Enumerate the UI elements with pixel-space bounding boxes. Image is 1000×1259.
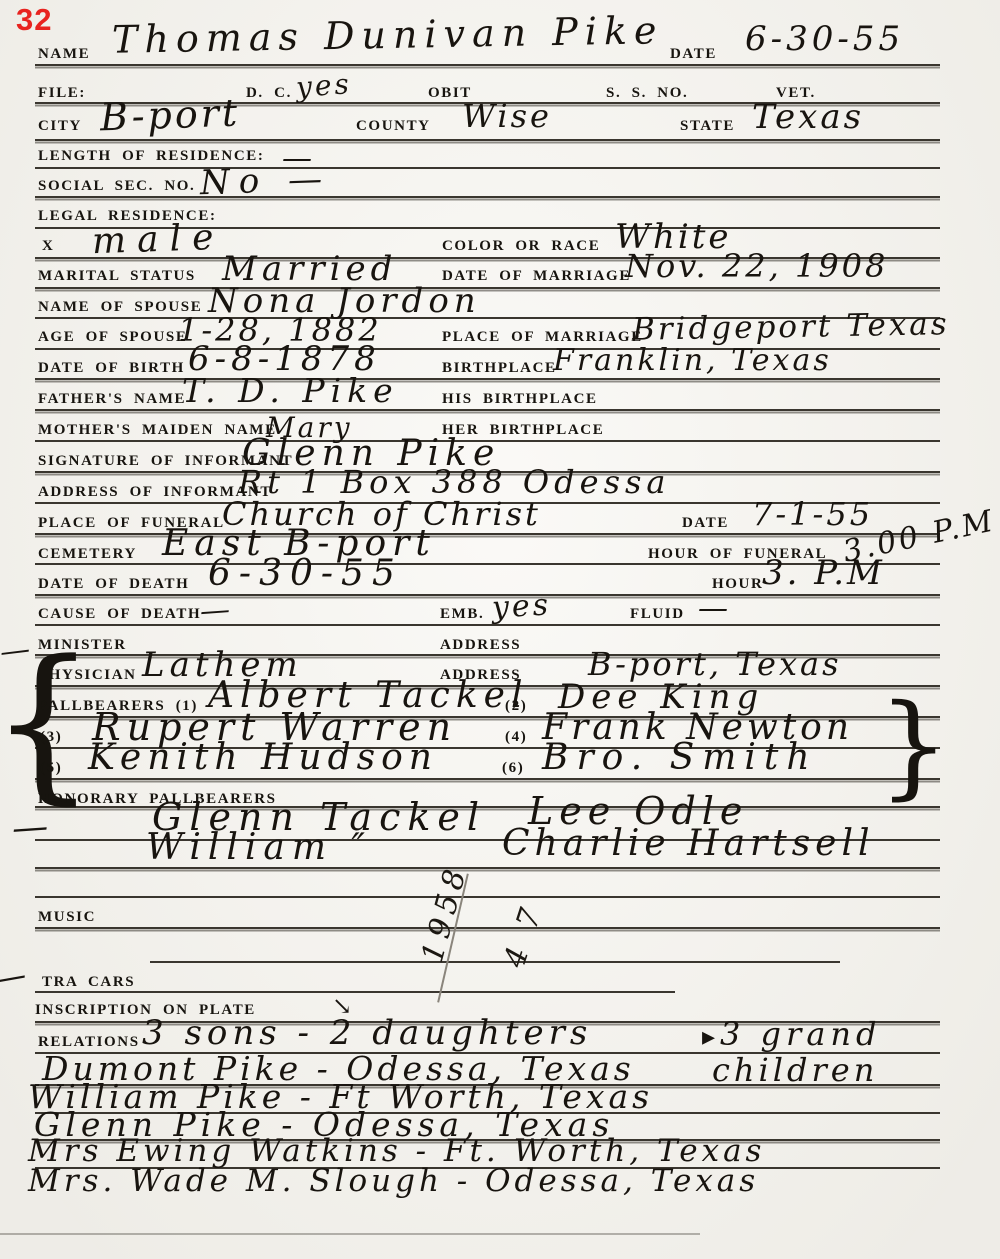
sex-value: male: [91, 220, 225, 261]
left-brace-mark: {: [0, 638, 97, 806]
dc-value: yes: [295, 70, 353, 102]
hour-value: 3. P.M: [762, 556, 885, 590]
birthplace-label: BIRTHPLACE: [442, 360, 557, 377]
honorary-row2-right-value: Charlie Hartsell: [502, 826, 875, 862]
date-of-death-label: DATE OF DEATH: [38, 576, 189, 593]
rule-line: [35, 196, 940, 198]
rule-line: [35, 778, 940, 780]
mothers-maiden-name-label: MOTHER'S MAIDEN NAME: [38, 422, 277, 439]
emb-label: EMB.: [440, 606, 484, 623]
city-label: CITY: [38, 118, 82, 135]
date-of-birth-label: DATE OF BIRTH: [38, 360, 185, 377]
rule-line: [35, 896, 940, 898]
rule-line: [35, 64, 940, 66]
city-value: B-port: [99, 94, 240, 137]
rule-line: [35, 624, 940, 626]
age-of-spouse-label: AGE OF SPOUSE: [38, 329, 187, 346]
date-of-marriage-value: Nov. 22, 1908: [625, 250, 888, 282]
date-value: 6-30-55: [745, 22, 904, 56]
music-label: MUSIC: [38, 909, 96, 926]
extra-cars-label: TRA CARS: [42, 974, 135, 991]
funeral-date-value: 7-1-55: [752, 498, 873, 530]
name-label: NAME: [38, 46, 90, 63]
grand-children-line2: children: [712, 1054, 878, 1086]
page-number: 32: [16, 2, 52, 38]
address-of-informant-value: Rt 1 Box 388 Odessa: [238, 466, 670, 498]
rule-line: [35, 287, 940, 289]
state-value: Texas: [752, 100, 864, 134]
minister-address-label: ADDRESS: [440, 637, 521, 654]
honorary-dash-mark: —: [11, 809, 52, 848]
ssn-label: S. S. NO.: [606, 85, 688, 102]
rule-line: [35, 409, 940, 411]
physician-address-value: B-port, Texas: [588, 648, 842, 680]
fluid-label: FLUID: [630, 606, 685, 623]
honorary-row2-left-value: William ″: [146, 830, 372, 866]
fathers-name-value: T. D. Pike: [182, 374, 399, 407]
dc-label: D. C.: [246, 85, 292, 102]
pallbearer-6-value: Bro. Smith: [542, 740, 818, 776]
cause-of-death-label: CAUSE OF DEATH: [38, 606, 201, 623]
county-label: COUNTY: [356, 118, 431, 135]
relation-line: Mrs. Wade M. Slough - Odessa, Texas: [28, 1166, 759, 1197]
grand-children-line1: 3 grand: [720, 1018, 881, 1050]
rule-line: [0, 1233, 700, 1235]
scribble-numbers-left: 1958: [418, 861, 473, 966]
marital-status-label: MARITAL STATUS: [38, 268, 196, 285]
pallbearer-4-number: (4): [505, 729, 527, 746]
date-of-death-value: 6-30-55: [208, 556, 403, 592]
date-label: DATE: [670, 46, 717, 63]
emb-value: yes: [491, 590, 552, 623]
birthplace-value: Franklin, Texas: [553, 346, 832, 376]
funeral-date-label: DATE: [682, 515, 729, 532]
right-brace-mark: }: [878, 690, 949, 802]
grand-children-arrow-mark: ▸: [702, 1024, 718, 1050]
state-label: STATE: [680, 118, 735, 135]
sex-label: X: [42, 238, 54, 255]
rule-line: [35, 139, 940, 141]
rule-line: [35, 991, 675, 993]
social-sec-no-value: No —: [199, 162, 331, 201]
fathers-name-label: FATHER'S NAME: [38, 391, 186, 408]
county-value: Wise: [462, 100, 552, 132]
rule-line: [35, 378, 940, 380]
cemetery-label: CEMETERY: [38, 546, 137, 563]
funeral-record-form: 32 NAME Thomas Dunivan Pike DATE 6-30-55…: [0, 0, 1000, 1259]
social-sec-no-label: SOCIAL SEC. NO.: [38, 178, 195, 195]
pallbearer-6-number: (6): [502, 760, 524, 777]
pallbearer-2-number: (2): [505, 698, 527, 715]
extra-cars-cut-mark: —: [0, 957, 32, 997]
pallbearer-5-value: Kenith Hudson: [88, 740, 438, 776]
rule-line: [35, 594, 940, 596]
pallbearer-3-number: (3): [40, 729, 62, 746]
rule-line: [35, 927, 940, 929]
place-of-marriage-value: Bridgeport Texas: [632, 309, 950, 346]
relations-summary-value: 3 sons - 2 daughters: [142, 1016, 592, 1050]
color-or-race-label: COLOR OR RACE: [442, 238, 600, 255]
cause-of-death-value: —: [199, 595, 234, 627]
fluid-value: —: [698, 594, 731, 624]
file-label: FILE:: [38, 85, 86, 102]
rule-line: [150, 961, 840, 963]
pallbearer-5-number: (5): [40, 760, 62, 777]
rule-line: [35, 167, 940, 169]
his-birthplace-label: HIS BIRTHPLACE: [442, 391, 598, 408]
name-value: Thomas Dunivan Pike: [112, 11, 664, 59]
